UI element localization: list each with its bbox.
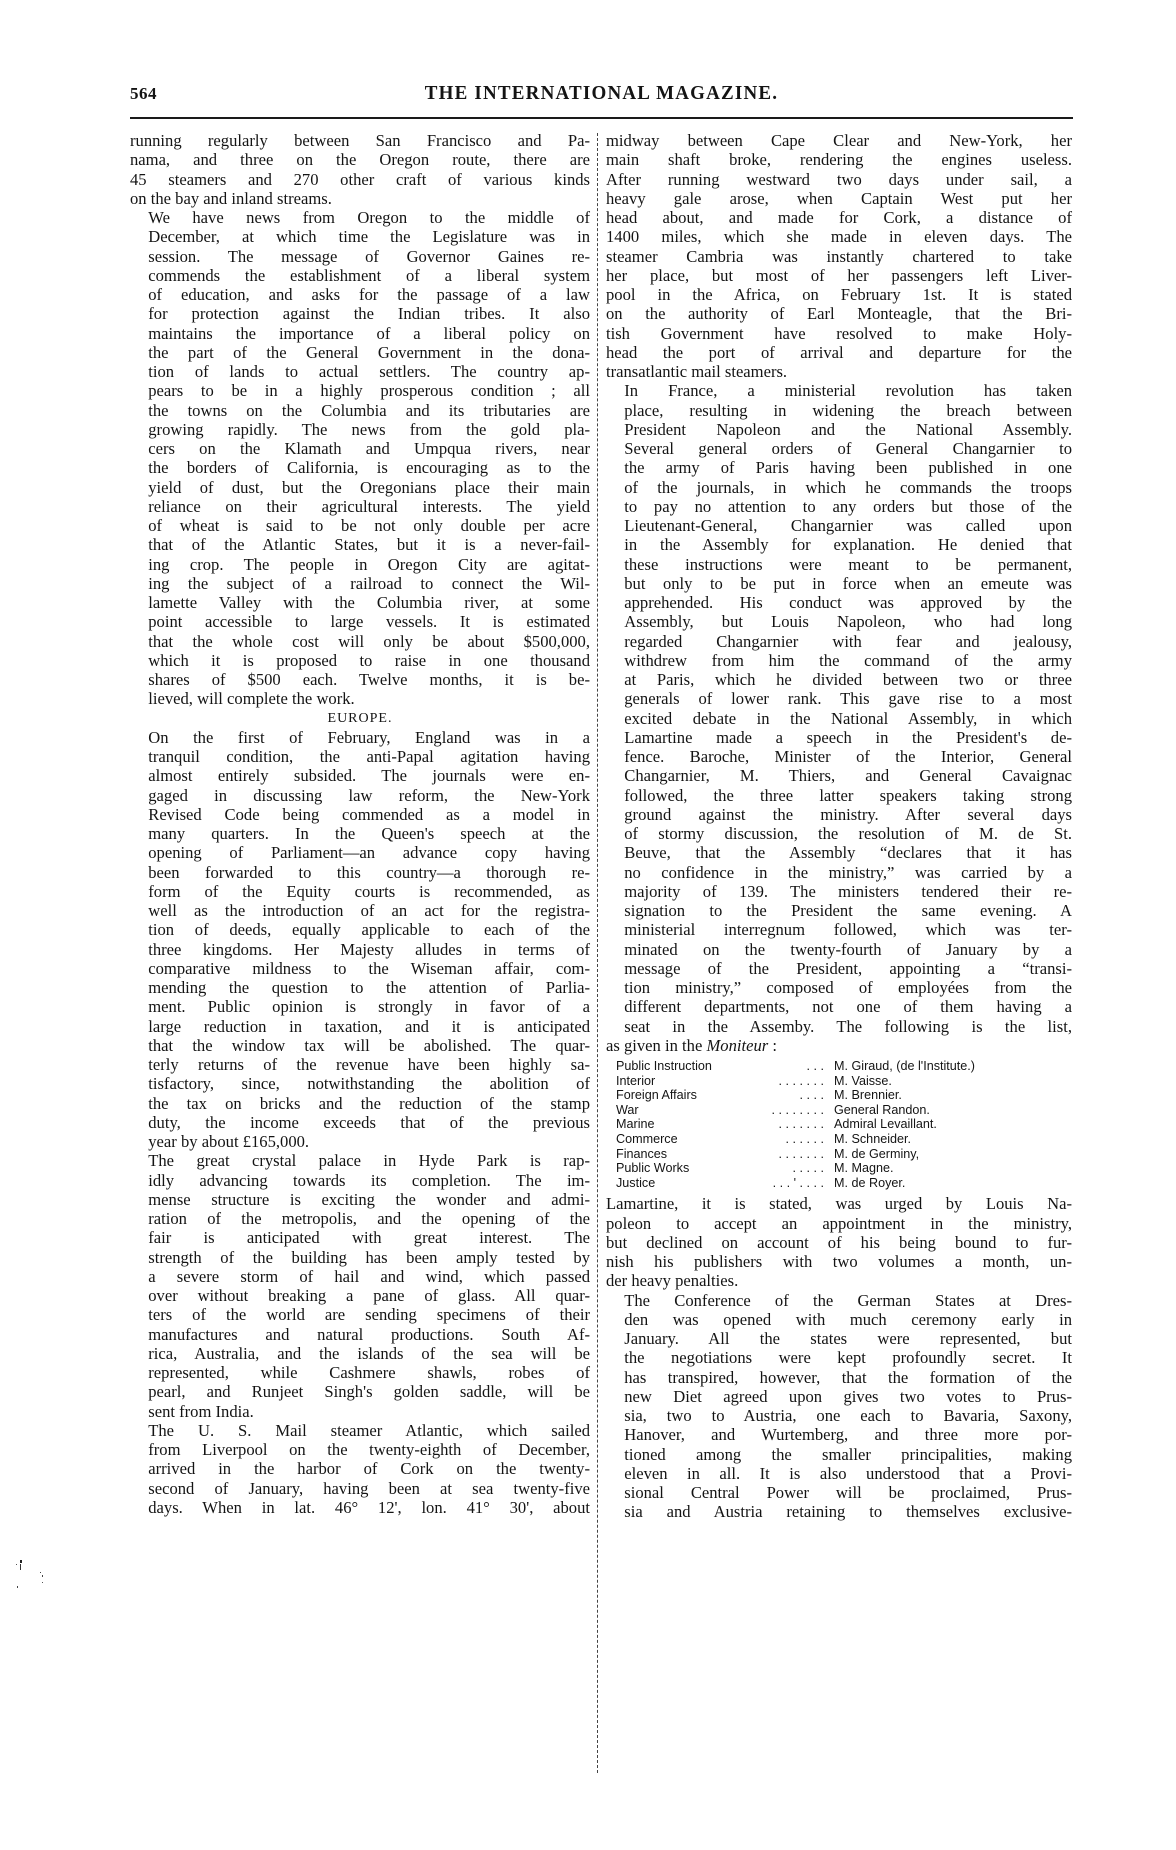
text-line: lieved, will complete the work. <box>130 689 590 708</box>
paragraph-steamers: running regularly between San Francisco … <box>130 131 590 208</box>
text-line: lamette Valley with the Columbia river, … <box>130 593 590 612</box>
text-line: on the bay and inland streams. <box>130 189 590 208</box>
text-line: ters of the world are sending specimens … <box>130 1305 590 1324</box>
text-line: ground against the ministry. After sever… <box>606 805 1072 824</box>
leader-dots: . . . . . . . <box>779 1117 825 1132</box>
text-line: Beuve, that the Assembly “declares that … <box>606 843 1072 862</box>
department-cell: Marine. . . . . . . <box>616 1117 834 1132</box>
text-line: The great crystal palace in Hyde Park is… <box>130 1151 590 1170</box>
text-line: days. When in lat. 46° 12', lon. 41° 30'… <box>130 1498 590 1517</box>
text-line: of stormy discussion, the resolution of … <box>606 824 1072 843</box>
page-header: 564 THE INTERNATIONAL MAGAZINE. <box>130 80 1073 110</box>
text-line: pool in the Africa, on February 1st. It … <box>606 285 1072 304</box>
text-line: On the first of February, England was in… <box>130 728 590 747</box>
text-line: terly returns of the revenue have been h… <box>130 1055 590 1074</box>
minister-name: General Randon. <box>834 1103 975 1118</box>
text-line: commends the establishment of a liberal … <box>130 266 590 285</box>
text-line: fair is anticipated with great interest.… <box>130 1228 590 1247</box>
text-line: After running westward two days under sa… <box>606 170 1072 189</box>
header-rule <box>130 117 1073 119</box>
department-name: Justice <box>616 1176 655 1190</box>
paragraph-german-states: The Conference of the German States at D… <box>606 1291 1072 1522</box>
text-line: that the window tax will be abolished. T… <box>130 1036 590 1055</box>
text-line: session. The message of Governor Gaines … <box>130 247 590 266</box>
department-cell: Finances. . . . . . . <box>616 1147 834 1162</box>
minister-name: M. Schneider. <box>834 1132 975 1147</box>
text-line: arrived in the harbor of Cork on the twe… <box>130 1459 590 1478</box>
minister-name: M. Magne. <box>834 1161 975 1176</box>
text-line: a severe storm of hail and wind, which p… <box>130 1267 590 1286</box>
text-line: mense structure is exciting the wonder a… <box>130 1190 590 1209</box>
paragraph-crystal-palace: The great crystal palace in Hyde Park is… <box>130 1151 590 1421</box>
text-line: majority of 139. The ministers tendered … <box>606 882 1072 901</box>
text-line: Lieutenant-General, Changarnier was call… <box>606 516 1072 535</box>
text-line: the part of the General Government in th… <box>130 343 590 362</box>
text-line: tisfactory, since, notwithstanding the a… <box>130 1074 590 1093</box>
text-line: point accessible to large vessels. It is… <box>130 612 590 631</box>
text-line: sent from India. <box>130 1402 590 1421</box>
text-line: Several general orders of General Changa… <box>606 439 1072 458</box>
text-line: which it is proposed to raise in one tho… <box>130 651 590 670</box>
text-line: The U. S. Mail steamer Atlantic, which s… <box>130 1421 590 1440</box>
text-line: growing rapidly. The news from the gold … <box>130 420 590 439</box>
paragraph-atlantic-continued: midway between Cape Clear and New-York, … <box>606 131 1072 381</box>
text-line: from Liverpool on the twenty-eighth of D… <box>130 1440 590 1459</box>
text-line: nish his publishers with two volumes a m… <box>606 1252 1072 1271</box>
text-line: nama, and three on the Oregon route, the… <box>130 150 590 169</box>
column-divider <box>597 133 598 1773</box>
ministry-list: Public Instruction. . .M. Giraud, (de l'… <box>616 1059 975 1190</box>
text-line: new Diet agreed upon gives two votes to … <box>606 1387 1072 1406</box>
text-line: 45 steamers and 270 other craft of vario… <box>130 170 590 189</box>
text-line: Lamartine made a speech in the President… <box>606 728 1072 747</box>
text-line: almost entirely subsided. The journals w… <box>130 766 590 785</box>
magazine-title: THE INTERNATIONAL MAGAZINE. <box>130 82 1073 105</box>
text-line: minated on the twenty-fourth of January … <box>606 940 1072 959</box>
minister-name: M. de Germiny, <box>834 1147 975 1162</box>
text-line: on the authority of Earl Monteagle, that… <box>606 304 1072 323</box>
text-line: the borders of California, is encouragin… <box>130 458 590 477</box>
section-heading-europe: EUROPE. <box>130 709 590 728</box>
text-line: Changarnier, M. Thiers, and General Cava… <box>606 766 1072 785</box>
text-line: the towns on the Columbia and its tribut… <box>130 401 590 420</box>
text-line: for protection against the Indian tribes… <box>130 304 590 323</box>
text-line: steamer Cambria was instantly chartered … <box>606 247 1072 266</box>
text-line: pears to be in a highly prosperous condi… <box>130 381 590 400</box>
department-name: Commerce <box>616 1132 678 1146</box>
department-cell: Commerce. . . . . . <box>616 1132 834 1147</box>
ministry-row: Justice. . . ' . . . .M. de Royer. <box>616 1176 975 1191</box>
text-line: form of the Equity courts is recommended… <box>130 882 590 901</box>
department-cell: Public Works. . . . . <box>616 1161 834 1176</box>
text-line: yield of dust, but the Oregonians place … <box>130 478 590 497</box>
text-line: Revised Code being commended as a model … <box>130 805 590 824</box>
leader-dots: . . . ' . . . . <box>773 1176 824 1191</box>
text-line: the army of Paris having been published … <box>606 458 1072 477</box>
text-line: over without breaking a pane of glass. A… <box>130 1286 590 1305</box>
department-name: Finances <box>616 1147 667 1161</box>
text-line: Hanover, and Wurtemberg, and three more … <box>606 1425 1072 1444</box>
text-line: We have news from Oregon to the middle o… <box>130 208 590 227</box>
text-line: signation to the President the same even… <box>606 901 1072 920</box>
leader-dots: . . . . . . <box>786 1132 825 1147</box>
text-line: sia, two to Austria, one each to Bavaria… <box>606 1406 1072 1425</box>
text-line: gaged in discussing law reform, the New-… <box>130 786 590 805</box>
text-line: midway between Cape Clear and New-York, … <box>606 131 1072 150</box>
department-cell: Interior. . . . . . . <box>616 1074 834 1089</box>
text-line: January. All the states were represented… <box>606 1329 1072 1348</box>
minister-name: M. Vaisse. <box>834 1074 975 1089</box>
text-line: eleven in all. It is also understood tha… <box>606 1464 1072 1483</box>
department-name: Public Instruction <box>616 1059 712 1073</box>
left-column: running regularly between San Francisco … <box>130 131 590 1517</box>
text-line: head the port of arrival and departure f… <box>606 343 1072 362</box>
text-line: In France, a ministerial revolution has … <box>606 381 1072 400</box>
paragraph-france: In France, a ministerial revolution has … <box>606 381 1072 1036</box>
text-line: excited debate in the National Assembly,… <box>606 709 1072 728</box>
minister-name: M. de Royer. <box>834 1176 975 1191</box>
department-name: Interior <box>616 1074 655 1088</box>
text-line: followed, the three latter speakers taki… <box>606 786 1072 805</box>
text-line: seat in the Assemby. The following is th… <box>606 1017 1072 1036</box>
department-name: War <box>616 1103 639 1117</box>
text-line: tranquil condition, the anti-Papal agita… <box>130 747 590 766</box>
text-line: mending the question to the attention of… <box>130 978 590 997</box>
ministry-row: Commerce. . . . . .M. Schneider. <box>616 1132 975 1147</box>
right-column: midway between Cape Clear and New-York, … <box>606 131 1072 1522</box>
text-line: heavy gale arose, when Captain West put … <box>606 189 1072 208</box>
text-line: but only to be put in force when an emeu… <box>606 574 1072 593</box>
text-line: poleon to accept an appointment in the m… <box>606 1214 1072 1233</box>
text-line: December, at which time the Legislature … <box>130 227 590 246</box>
ministry-row: Interior. . . . . . .M. Vaisse. <box>616 1074 975 1089</box>
text-line: that the whole cost will only be about $… <box>130 632 590 651</box>
text-line: apprehended. His conduct was approved by… <box>606 593 1072 612</box>
text-line: these instructions were meant to be perm… <box>606 555 1072 574</box>
text-line: reliance on their agricultural interests… <box>130 497 590 516</box>
paragraph-lamartine: Lamartine, it is stated, was urged by Lo… <box>606 1194 1072 1290</box>
leader-dots: . . . . . . . . <box>772 1103 824 1118</box>
text-line: manufactures and natural productions. So… <box>130 1325 590 1344</box>
leader-dots: . . . . <box>800 1088 825 1103</box>
department-name: Foreign Affairs <box>616 1088 697 1102</box>
text-line: large reduction in taxation, and it is a… <box>130 1017 590 1036</box>
text-line: tion of deeds, equally applicable to eac… <box>130 920 590 939</box>
ministry-row: Finances. . . . . . .M. de Germiny, <box>616 1147 975 1162</box>
department-cell: Justice. . . ' . . . . <box>616 1176 834 1191</box>
text-line: ministerial interregnum followed, which … <box>606 920 1072 939</box>
text-line: in the Assembly for explanation. He deni… <box>606 535 1072 554</box>
department-cell: Public Instruction. . . <box>616 1059 834 1074</box>
text-line: well as the introduction of an act for t… <box>130 901 590 920</box>
scan-speck-marks <box>14 1558 54 1598</box>
text-line: of wheat is said to be not only double p… <box>130 516 590 535</box>
text-line: running regularly between San Francisco … <box>130 131 590 150</box>
text-line: regarded Changarnier with fear and jealo… <box>606 632 1072 651</box>
text-line: generals of lower rank. This gave rise t… <box>606 689 1072 708</box>
text-line: tish Government have resolved to make Ho… <box>606 324 1072 343</box>
leader-dots: . . . . . . . <box>779 1147 825 1162</box>
text-line: tion of lands to actual settlers. The co… <box>130 362 590 381</box>
ministry-row: Public Instruction. . .M. Giraud, (de l'… <box>616 1059 975 1074</box>
text-line: der heavy penalties. <box>606 1271 1072 1290</box>
text-line: opening of Parliament—an advance copy ha… <box>130 843 590 862</box>
leader-dots: . . . . . . . <box>779 1074 825 1089</box>
text-line: den was opened with much ceremony early … <box>606 1310 1072 1329</box>
department-name: Public Works <box>616 1161 689 1175</box>
text-line: three kingdoms. Her Majesty alludes in t… <box>130 940 590 959</box>
text-line: ration of the metropolis, and the openin… <box>130 1209 590 1228</box>
department-name: Marine <box>616 1117 655 1131</box>
moniteur-title: Moniteur <box>706 1036 768 1055</box>
text-line: transatlantic mail steamers. <box>606 362 1072 381</box>
text-line: represented, while Cashmere shawls, robe… <box>130 1363 590 1382</box>
text-line: main shaft broke, rendering the engines … <box>606 150 1072 169</box>
text-line: strength of the building has been amply … <box>130 1248 590 1267</box>
text-line: tion ministry,” composed of employées fr… <box>606 978 1072 997</box>
text-line: Lamartine, it is stated, was urged by Lo… <box>606 1194 1072 1213</box>
text-line: at Paris, which he divided between two o… <box>606 670 1072 689</box>
text-line: many quarters. In the Queen's speech at … <box>130 824 590 843</box>
ministry-row: War. . . . . . . .General Randon. <box>616 1103 975 1118</box>
department-cell: War. . . . . . . . <box>616 1103 834 1118</box>
text-line: sia and Austria retaining to themselves … <box>606 1502 1072 1521</box>
text-line: ment. Public opinion is strongly in favo… <box>130 997 590 1016</box>
department-cell: Foreign Affairs. . . . <box>616 1088 834 1103</box>
text-line: idly advancing towards its completion. T… <box>130 1171 590 1190</box>
text-line: the negotiations were kept profoundly se… <box>606 1348 1072 1367</box>
minister-name: M. Brennier. <box>834 1088 975 1103</box>
paragraph-oregon: We have news from Oregon to the middle o… <box>130 208 590 709</box>
text-line: that of the Atlantic States, but it is a… <box>130 535 590 554</box>
ministry-row: Public Works. . . . .M. Magne. <box>616 1161 975 1176</box>
text-line: but declined on account of his being bou… <box>606 1233 1072 1252</box>
text-line: maintains the importance of a liberal po… <box>130 324 590 343</box>
text-line: has transpired, however, that the format… <box>606 1368 1072 1387</box>
text-line: of the journals, in which he commands th… <box>606 478 1072 497</box>
text-line: duty, the income exceeds that of the pre… <box>130 1113 590 1132</box>
ministry-row: Marine. . . . . . .Admiral Levaillant. <box>616 1117 975 1132</box>
text-line: to pay no attention to any orders but th… <box>606 497 1072 516</box>
leader-dots: . . . . . <box>793 1161 825 1176</box>
text-line: second of January, having been at sea tw… <box>130 1479 590 1498</box>
text-line: cers on the Klamath and Umpqua rivers, n… <box>130 439 590 458</box>
text-line: place, resulting in widening the breach … <box>606 401 1072 420</box>
text-line: no confidence in the ministry,” was carr… <box>606 863 1072 882</box>
text-line: message of the President, appointing a “… <box>606 959 1072 978</box>
text-line: sional Central Power will be proclaimed,… <box>606 1483 1072 1502</box>
text-line: different departments, not one of them h… <box>606 997 1072 1016</box>
moniteur-line: as given in the Moniteur : <box>606 1036 1072 1055</box>
text-line: the tax on bricks and the reduction of t… <box>130 1094 590 1113</box>
ministry-row: Foreign Affairs. . . .M. Brennier. <box>616 1088 975 1103</box>
minister-name: M. Giraud, (de l'Institute.) <box>834 1059 975 1074</box>
minister-name: Admiral Levaillant. <box>834 1117 975 1132</box>
text-line: pearl, and Runjeet Singh's golden saddle… <box>130 1382 590 1401</box>
text-line: comparative mildness to the Wiseman affa… <box>130 959 590 978</box>
text-line: The Conference of the German States at D… <box>606 1291 1072 1310</box>
text-line: of education, and asks for the passage o… <box>130 285 590 304</box>
text-line: 1400 miles, which she made in eleven day… <box>606 227 1072 246</box>
text-line: President Napoleon and the National Asse… <box>606 420 1072 439</box>
text-line: ing the subject of a railroad to connect… <box>130 574 590 593</box>
paragraph-atlantic-steamer: The U. S. Mail steamer Atlantic, which s… <box>130 1421 590 1517</box>
leader-dots: . . . <box>807 1059 825 1074</box>
text-line: Assembly, but Louis Napoleon, who had lo… <box>606 612 1072 631</box>
magazine-page: 564 THE INTERNATIONAL MAGAZINE. running … <box>0 0 1176 1850</box>
text-line: head about, and made for Cork, a distanc… <box>606 208 1072 227</box>
text-line: withdrew from him the command of the arm… <box>606 651 1072 670</box>
text-line: shares of $500 each. Twelve months, it i… <box>130 670 590 689</box>
text-line: year by about £165,000. <box>130 1132 590 1151</box>
text-line: ing crop. The people in Oregon City are … <box>130 555 590 574</box>
text-line: her place, but most of her passengers le… <box>606 266 1072 285</box>
text-line: rica, Australia, and the islands of the … <box>130 1344 590 1363</box>
text-line: tioned among the smaller principalities,… <box>606 1445 1072 1464</box>
paragraph-england: On the first of February, England was in… <box>130 728 590 1152</box>
text-line: fence. Baroche, Minister of the Interior… <box>606 747 1072 766</box>
text-line: been forwarded to this country—a thoroug… <box>130 863 590 882</box>
